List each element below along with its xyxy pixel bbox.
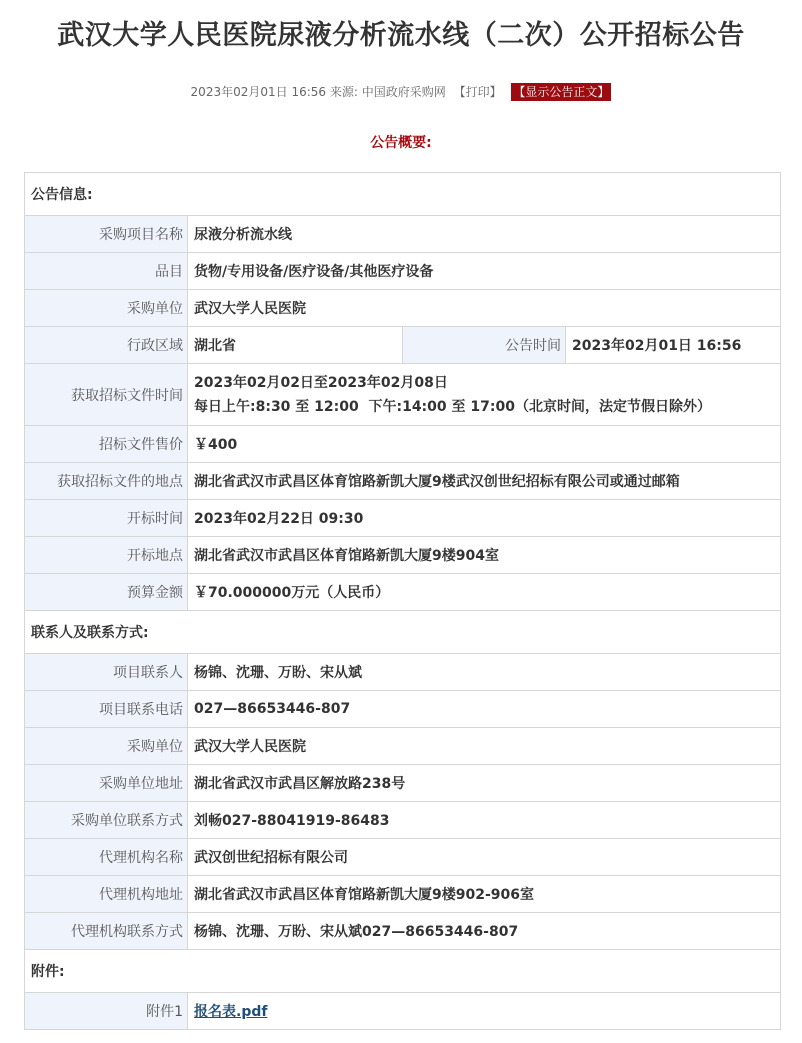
source-name: 中国政府采购网 [362, 83, 446, 101]
table-row: 采购单位 武汉大学人民医院 [25, 290, 781, 327]
field-value: 湖北省武汉市武昌区解放路238号 [188, 765, 781, 802]
field-label: 代理机构名称 [25, 839, 188, 876]
field-label: 代理机构联系方式 [25, 913, 188, 950]
show-full-text-button[interactable]: 【显示公告正文】 [511, 83, 611, 101]
table-row: 采购单位 武汉大学人民医院 [25, 728, 781, 765]
field-label: 项目联系人 [25, 654, 188, 691]
table-row: 获取招标文件时间 2023年02月02日至2023年02月08日 每日上午:8:… [25, 364, 781, 426]
table-row: 预算金额 ￥70.000000万元（人民币） [25, 574, 781, 611]
attachment-link[interactable]: 报名表.pdf [194, 1004, 267, 1020]
field-label: 获取招标文件的地点 [25, 463, 188, 500]
field-value: 2023年02月22日 09:30 [188, 500, 781, 537]
field-label: 招标文件售价 [25, 426, 188, 463]
field-value: 湖北省武汉市武昌区体育馆路新凯大厦9楼武汉创世纪招标有限公司或通过邮箱 [188, 463, 781, 500]
section-title: 附件: [25, 950, 781, 993]
table-row: 采购单位地址 湖北省武汉市武昌区解放路238号 [25, 765, 781, 802]
field-label: 开标时间 [25, 500, 188, 537]
field-value: 刘畅027-88041919-86483 [188, 802, 781, 839]
table-row: 项目联系电话 027—86653446-807 [25, 691, 781, 728]
summary-title: 公告概要: [0, 133, 802, 153]
field-value: ￥400 [188, 426, 781, 463]
page-title: 武汉大学人民医院尿液分析流水线（二次）公开招标公告 [0, 16, 802, 56]
date-range: 2023年02月02日至2023年02月08日 [194, 371, 780, 395]
field-value: 2023年02月01日 16:56 [566, 327, 781, 364]
field-label: 预算金额 [25, 574, 188, 611]
field-label: 行政区域 [25, 327, 188, 364]
field-value: 武汉大学人民医院 [188, 728, 781, 765]
print-link[interactable]: 【打印】 [454, 83, 502, 101]
table-row: 招标文件售价 ￥400 [25, 426, 781, 463]
field-value: 湖北省武汉市武昌区体育馆路新凯大厦9楼904室 [188, 537, 781, 574]
field-label: 附件1 [25, 993, 188, 1030]
table-row: 开标地点 湖北省武汉市武昌区体育馆路新凯大厦9楼904室 [25, 537, 781, 574]
section-title: 联系人及联系方式: [25, 611, 781, 654]
announcement-meta: 2023年02月01日 16:56 来源: 中国政府采购网 【打印】 【显示公告… [0, 83, 802, 101]
table-row: 项目联系人 杨锦、沈珊、万盼、宋从斌 [25, 654, 781, 691]
table-row: 品目 货物/专用设备/医疗设备/其他医疗设备 [25, 253, 781, 290]
field-value: 货物/专用设备/医疗设备/其他医疗设备 [188, 253, 781, 290]
table-row: 代理机构地址 湖北省武汉市武昌区体育馆路新凯大厦9楼902-906室 [25, 876, 781, 913]
field-label: 采购单位 [25, 728, 188, 765]
source-label: 来源: [330, 83, 358, 101]
field-label: 获取招标文件时间 [25, 364, 188, 426]
field-label: 开标地点 [25, 537, 188, 574]
table-row: 附件1 报名表.pdf [25, 993, 781, 1030]
table-row: 获取招标文件的地点 湖北省武汉市武昌区体育馆路新凯大厦9楼武汉创世纪招标有限公司… [25, 463, 781, 500]
field-label: 代理机构地址 [25, 876, 188, 913]
table-row: 采购项目名称 尿液分析流水线 [25, 216, 781, 253]
table-row: 开标时间 2023年02月22日 09:30 [25, 500, 781, 537]
section-row-announcement-info: 公告信息: [25, 173, 781, 216]
table-row: 采购单位联系方式 刘畅027-88041919-86483 [25, 802, 781, 839]
field-label: 采购单位 [25, 290, 188, 327]
field-value: 武汉创世纪招标有限公司 [188, 839, 781, 876]
field-value: 武汉大学人民医院 [188, 290, 781, 327]
field-label: 公告时间 [403, 327, 566, 364]
field-label: 品目 [25, 253, 188, 290]
field-value: 027—86653446-807 [188, 691, 781, 728]
field-value: 2023年02月02日至2023年02月08日 每日上午:8:30 至 12:0… [188, 364, 781, 426]
publish-datetime: 2023年02月01日 16:56 [191, 83, 326, 101]
field-value: 湖北省 [188, 327, 403, 364]
section-title: 公告信息: [25, 173, 781, 216]
field-value: 尿液分析流水线 [188, 216, 781, 253]
field-value: 杨锦、沈珊、万盼、宋从斌027—86653446-807 [188, 913, 781, 950]
field-value: 报名表.pdf [188, 993, 781, 1030]
section-row-attachments: 附件: [25, 950, 781, 993]
field-label: 采购项目名称 [25, 216, 188, 253]
field-value: 湖北省武汉市武昌区体育馆路新凯大厦9楼902-906室 [188, 876, 781, 913]
field-value: 杨锦、沈珊、万盼、宋从斌 [188, 654, 781, 691]
announcement-table: 公告信息: 采购项目名称 尿液分析流水线 品目 货物/专用设备/医疗设备/其他医… [24, 172, 781, 1030]
daily-hours: 每日上午:8:30 至 12:00 下午:14:00 至 17:00（北京时间，… [194, 395, 780, 419]
table-row: 代理机构联系方式 杨锦、沈珊、万盼、宋从斌027—86653446-807 [25, 913, 781, 950]
table-row: 行政区域 湖北省 公告时间 2023年02月01日 16:56 [25, 327, 781, 364]
field-label: 项目联系电话 [25, 691, 188, 728]
table-row: 代理机构名称 武汉创世纪招标有限公司 [25, 839, 781, 876]
field-label: 采购单位联系方式 [25, 802, 188, 839]
section-row-contacts: 联系人及联系方式: [25, 611, 781, 654]
field-value: ￥70.000000万元（人民币） [188, 574, 781, 611]
field-label: 采购单位地址 [25, 765, 188, 802]
